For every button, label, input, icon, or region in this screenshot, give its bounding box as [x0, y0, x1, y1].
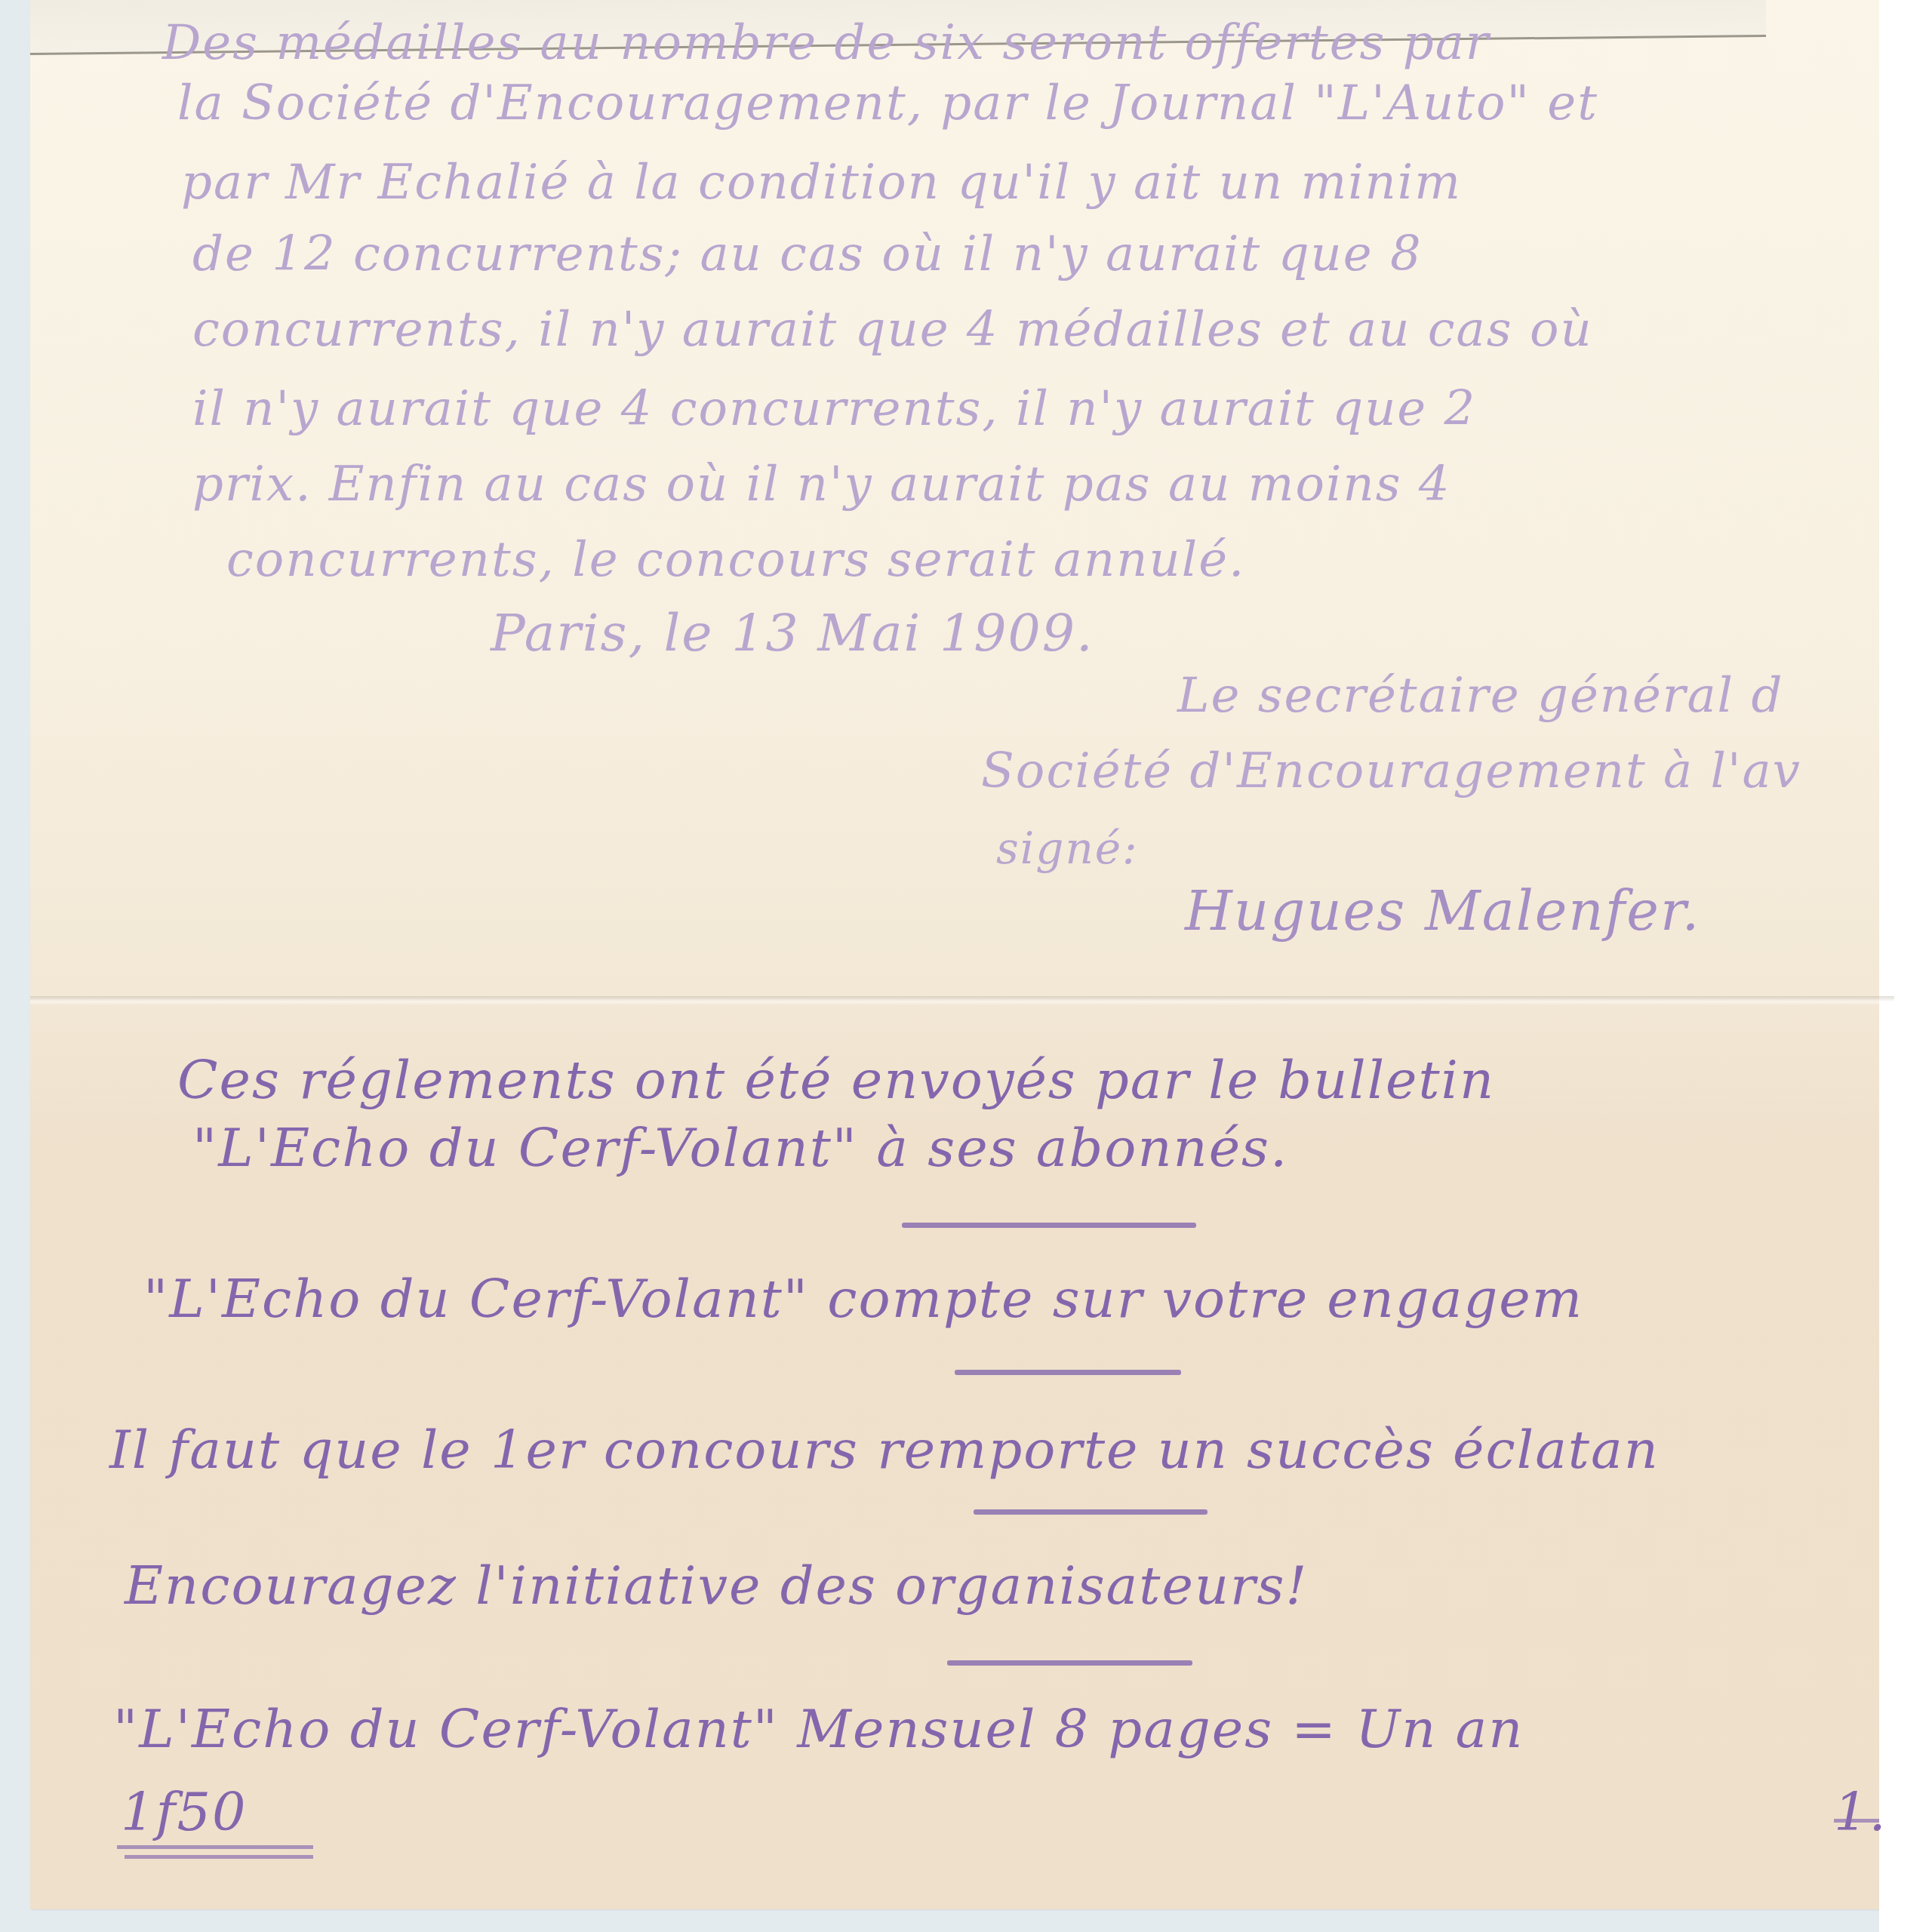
- separator-rule: [974, 1509, 1207, 1515]
- slogan-line: Il faut que le 1er concours remporte un …: [109, 1419, 1660, 1481]
- notice-line: "L'Echo du Cerf-Volant" à ses abonnés.: [192, 1117, 1288, 1179]
- price-right-underline: [1834, 1819, 1879, 1823]
- background-right: [1879, 0, 1932, 1932]
- paragraph-line: la Société d'Encouragement, par le Journ…: [177, 75, 1598, 131]
- price-left: 1f50: [121, 1781, 248, 1843]
- slogan-line: "L'Echo du Cerf-Volant" Mensuel 8 pages …: [113, 1698, 1524, 1760]
- horizontal-fold-crease: [30, 996, 1894, 1005]
- place-date: Paris, le 13 Mai 1909.: [491, 604, 1094, 663]
- price-left-underline: [117, 1845, 313, 1849]
- document-page: [30, 0, 1894, 1909]
- signed-label: signé:: [996, 823, 1139, 874]
- paragraph-line: il n'y aurait que 4 concurrents, il n'y …: [192, 381, 1476, 437]
- paragraph-line: concurrents, il n'y aurait que 4 médaill…: [192, 302, 1593, 358]
- slogan-line: "L'Echo du Cerf-Volant" compte sur votre…: [143, 1268, 1583, 1330]
- price-left-underline-2: [125, 1855, 313, 1859]
- paragraph-line: par Mr Echalié à la condition qu'il y ai…: [181, 155, 1462, 211]
- paragraph-line: prix. Enfin au cas où il n'y aurait pas …: [192, 457, 1451, 512]
- signature-title-line-1: Le secrétaire général d: [1177, 668, 1783, 724]
- separator-rule: [947, 1660, 1192, 1666]
- signature-name: Hugues Malenfer.: [1185, 879, 1700, 943]
- paragraph-line: de 12 concurrents; au cas où il n'y aura…: [192, 226, 1423, 282]
- separator-rule: [902, 1223, 1196, 1228]
- paragraph-line: concurrents, le concours serait annulé.: [226, 532, 1245, 588]
- separator-rule: [955, 1370, 1181, 1375]
- slogan-line: Encouragez l'initiative des organisateur…: [125, 1555, 1309, 1617]
- paragraph-line: Des médailles au nombre de six seront of…: [162, 15, 1490, 71]
- notice-line: Ces réglements ont été envoyés par le bu…: [177, 1049, 1495, 1111]
- price-right: 1.: [1834, 1781, 1887, 1843]
- signature-title-line-2: Société d'Encouragement à l'av: [981, 743, 1801, 799]
